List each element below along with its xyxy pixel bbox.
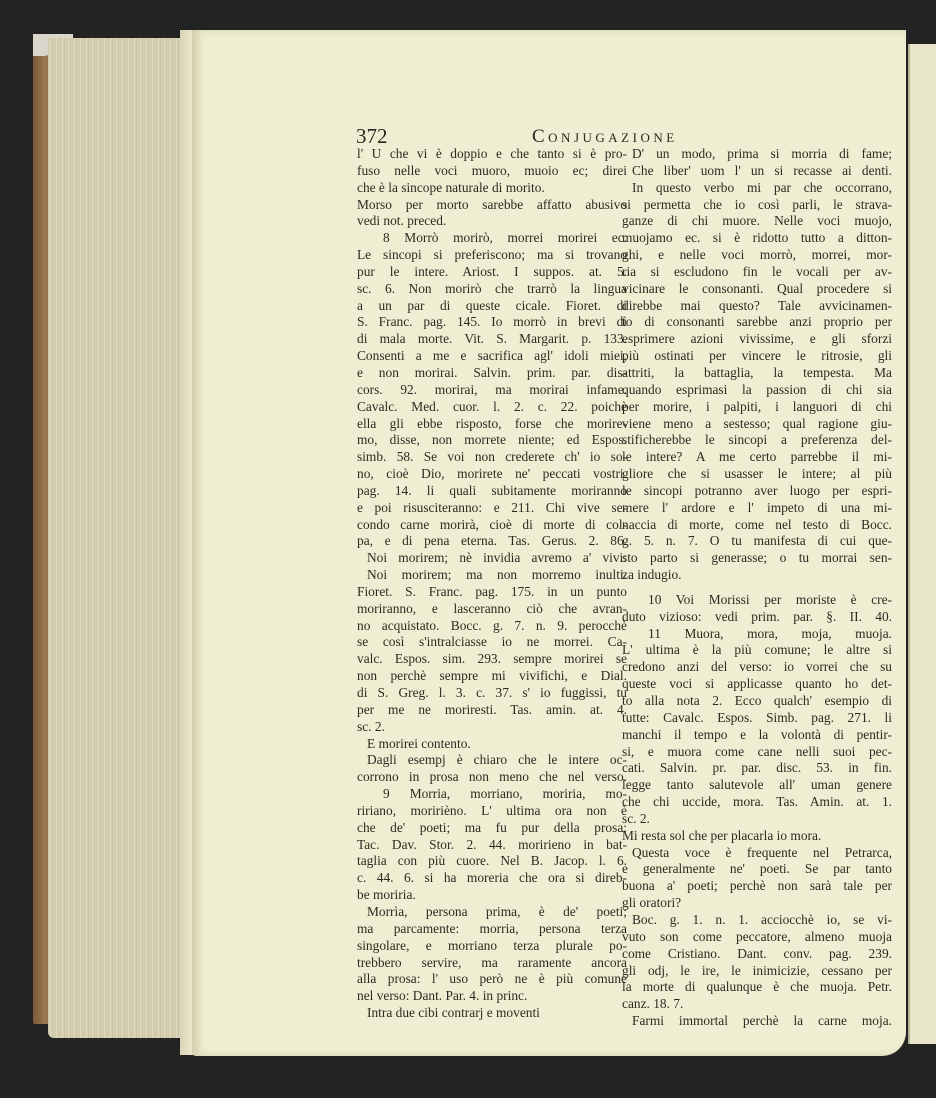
- text-line: l' U che vi è doppio e che tanto si è pr…: [357, 146, 627, 163]
- text-line: gli oratori?: [622, 895, 892, 912]
- text-line: Boc. g. 1. n. 1. acciocchè io, se vi-: [622, 912, 892, 929]
- text-line: buona a' poeti; perchè non sarà tale per: [622, 878, 892, 895]
- text-line: a un par di queste cicale. Fioret. di: [357, 298, 627, 315]
- text-line: vedi not. preced.: [357, 213, 627, 230]
- text-line: Che liber' uom l' un si recasse ai denti…: [622, 163, 892, 180]
- text-line: Mi resta sol che per placarla io mora.: [622, 828, 892, 845]
- text-line: esprimere azioni vivissime, e gli sforzi: [622, 331, 892, 348]
- text-line: 9 Morria, morriano, moriria, mo-: [357, 786, 627, 803]
- text-line: Le sincopi si preferiscono; ma si trovan…: [357, 247, 627, 264]
- text-line: E morirei contento.: [357, 736, 627, 753]
- text-line: più ostinati per vincere le ritrosie, gl…: [622, 348, 892, 365]
- text-line: no, cioè Dio, morirete ne' peccati vostr…: [357, 466, 627, 483]
- text-line: ma parcamente: morria, persona terza: [357, 921, 627, 938]
- text-line: vicinare le consonanti. Qual procedere s…: [622, 281, 892, 298]
- text-line: cati. Salvin. pr. par. disc. 53. in fin.: [622, 760, 892, 777]
- facing-page-edge: [908, 44, 936, 1044]
- text-line: ghi, e nelle voci morrò, morrei, mor-: [622, 247, 892, 264]
- text-line: si permetta che io così parli, le strava…: [622, 197, 892, 214]
- text-line: Consenti a me e sacrifica agl' idoli mie…: [357, 348, 627, 365]
- text-line: [622, 584, 892, 592]
- text-line: naccia di morte, come nel testo di Bocc.: [622, 517, 892, 534]
- text-line: Noi morirem; ma non morremo inulti.: [357, 567, 627, 584]
- text-line: Fioret. S. Franc. pag. 175. in un punto: [357, 584, 627, 601]
- text-line: ganze di chi muore. Nelle voci muojo,: [622, 213, 892, 230]
- text-line: D' un modo, prima si morria di fame;: [622, 146, 892, 163]
- text-line: za indugio.: [622, 567, 892, 584]
- text-line: corrono in prosa non meno che nel verso.: [357, 769, 627, 786]
- text-line: che de' poeti; ma fu pur della prosa:: [357, 820, 627, 837]
- text-line: simb. 58. Se voi non crederete ch' io so…: [357, 449, 627, 466]
- text-line: Noi morirem; nè invidia avremo a' vivi:: [357, 550, 627, 567]
- left-text-column: l' U che vi è doppio e che tanto si è pr…: [357, 146, 627, 1022]
- text-line: legge tanto salutevole all' uman genere: [622, 777, 892, 794]
- text-line: canz. 18. 7.: [622, 996, 892, 1013]
- text-line: sc. 2.: [622, 811, 892, 828]
- text-line: Questa voce è frequente nel Petrarca,: [622, 845, 892, 862]
- text-line: stificherebbe le sincopi a preferenza de…: [622, 432, 892, 449]
- text-line: 11 Muora, mora, moja, muoja.: [622, 626, 892, 643]
- page-edges-stack: [48, 38, 190, 1038]
- text-line: to alla nota 2. Ecco qualch' esempio di: [622, 693, 892, 710]
- text-line: direbbe mai questo? Tale avvicinamen-: [622, 298, 892, 315]
- text-line: taglia con più cuore. Nel B. Jacop. l. 6…: [357, 853, 627, 870]
- text-line: no acquistato. Bocc. g. 7. n. 9. perocch…: [357, 618, 627, 635]
- text-line: In questo verbo mi par che occorrano,: [622, 180, 892, 197]
- text-line: c. 44. 6. si ha moreria che ora si direb…: [357, 870, 627, 887]
- text-line: manchi il tempo e la volontà di pentir-: [622, 727, 892, 744]
- text-line: mo, disse, non morrete niente; ed Espos.: [357, 432, 627, 449]
- text-line: pa, e di pena eterna. Tas. Gerus. 2. 86.: [357, 533, 627, 550]
- text-line: Intra due cibi contrarj e moventi: [357, 1005, 627, 1022]
- text-line: muojamo ec. si è ridotto tutto a ditton-: [622, 230, 892, 247]
- text-line: Morrìa, persona prima, è de' poeti;: [357, 904, 627, 921]
- text-line: cors. 92. morirai, ma morirai infame.: [357, 382, 627, 399]
- text-line: 8 Morrò morirò, morrei morirei ec.: [357, 230, 627, 247]
- text-line: se così s'intralciasse io ne morrei. Ca-: [357, 634, 627, 651]
- text-line: Dagli esempj è chiaro che le intere oc-: [357, 752, 627, 769]
- text-line: per morire, i palpiti, i languori di chi: [622, 399, 892, 416]
- text-line: Morso per morto sarebbe affatto abusivo: [357, 197, 627, 214]
- text-line: vuto son come peccatore, almeno muoja: [622, 929, 892, 946]
- text-line: valc. Espos. sim. 293. sempre morirei se: [357, 651, 627, 668]
- text-line: sc. 6. Non morirò che trarrò la lingua: [357, 281, 627, 298]
- text-line: ella gli ebbe risposto, forse che morire…: [357, 416, 627, 433]
- text-line: moriranno, e lasceranno ciò che avran-: [357, 601, 627, 618]
- page-header: 372 Conjugazione: [356, 124, 884, 146]
- text-line: queste voci si applicasse quanto ho det-: [622, 676, 892, 693]
- text-line: condo carne morirà, cioè di morte di col…: [357, 517, 627, 534]
- running-head: Conjugazione: [532, 126, 678, 148]
- text-line: L' ultima è la più comune; le altre si: [622, 642, 892, 659]
- text-line: che chi uccide, mora. Tas. Amin. at. 1.: [622, 794, 892, 811]
- text-line: sc. 2.: [357, 719, 627, 736]
- text-line: non perchè sempre mi vivifichi, e Dial.: [357, 668, 627, 685]
- text-line: alla prosa: l' uso però ne è più comune: [357, 971, 627, 988]
- text-line: che è la sincope naturale di morito.: [357, 180, 627, 197]
- text-line: le sincopi potranno aver luogo per espri…: [622, 483, 892, 500]
- text-line: si, e muora come cane nelli suoi pec-: [622, 744, 892, 761]
- text-line: viene meno a sestesso; qual ragione giu-: [622, 416, 892, 433]
- text-line: 10 Voi Morissi per moriste è cre-: [622, 592, 892, 609]
- text-line: nel verso: Dant. Par. 4. in princ.: [357, 988, 627, 1005]
- text-line: Tac. Dav. Stor. 2. 44. moririeno in bat-: [357, 837, 627, 854]
- text-line: ria si escludono fin le vocali per av-: [622, 264, 892, 281]
- text-line: trebbero servire, ma raramente ancora: [357, 955, 627, 972]
- text-line: pag. 14. li quali subitamente moriranno: [357, 483, 627, 500]
- text-line: tutte: Cavalc. Espos. Simb. pag. 271. li: [622, 710, 892, 727]
- text-line: g. 5. n. 7. O tu manifesta di cui que-: [622, 533, 892, 550]
- text-line: per me ne moriresti. Tas. amin. at. 4.: [357, 702, 627, 719]
- text-line: e poi risusciteranno: e 211. Chi vive se…: [357, 500, 627, 517]
- text-line: e non morirai. Salvin. prim. par. dis-: [357, 365, 627, 382]
- text-line: ririano, moririèno. L' ultima ora non è: [357, 803, 627, 820]
- text-line: le intere? A me certo parrebbe il mi-: [622, 449, 892, 466]
- text-line: quando esprimasi la passion di chi sia: [622, 382, 892, 399]
- text-line: sto parto si generasse; o tu morrai sen-: [622, 550, 892, 567]
- text-line: di S. Greg. l. 3. c. 37. s' io fuggissi,…: [357, 685, 627, 702]
- text-line: S. Franc. pag. 145. Io morrò in brevi dì: [357, 314, 627, 331]
- text-line: singolare, e morriano terza plurale po-: [357, 938, 627, 955]
- text-line: Cavalc. Med. cuor. l. 2. c. 22. poichè: [357, 399, 627, 416]
- text-line: di mala morte. Vit. S. Margarit. p. 133.: [357, 331, 627, 348]
- text-line: be moriria.: [357, 887, 627, 904]
- text-line: credono anzi del verso: io vorrei che su: [622, 659, 892, 676]
- text-line: la morte di qualunque è che muoja. Petr.: [622, 979, 892, 996]
- text-line: to di consonanti sarebbe anzi proprio pe…: [622, 314, 892, 331]
- right-text-column: D' un modo, prima si morria di fame;Che …: [622, 146, 892, 1030]
- text-line: Farmi immortal perchè la carne moja.: [622, 1013, 892, 1030]
- text-line: mere l' ardore e l' impeto di una mi-: [622, 500, 892, 517]
- text-line: gliore che si usasser le intere; al più: [622, 466, 892, 483]
- text-line: attriti, la battaglia, la tempesta. Ma: [622, 365, 892, 382]
- text-line: come Cristiano. Dant. conv. pag. 239.: [622, 946, 892, 963]
- text-line: duto vizioso: vedi prim. par. §. II. 40.: [622, 609, 892, 626]
- text-line: gli odj, le ire, le inimicizie, cessano …: [622, 963, 892, 980]
- text-line: fuso nelle voci muoro, muoio ec; direi: [357, 163, 627, 180]
- text-line: pur le intere. Ariost. I suppos. at. 5.: [357, 264, 627, 281]
- text-line: e generalmente ne' poeti. Se par tanto: [622, 861, 892, 878]
